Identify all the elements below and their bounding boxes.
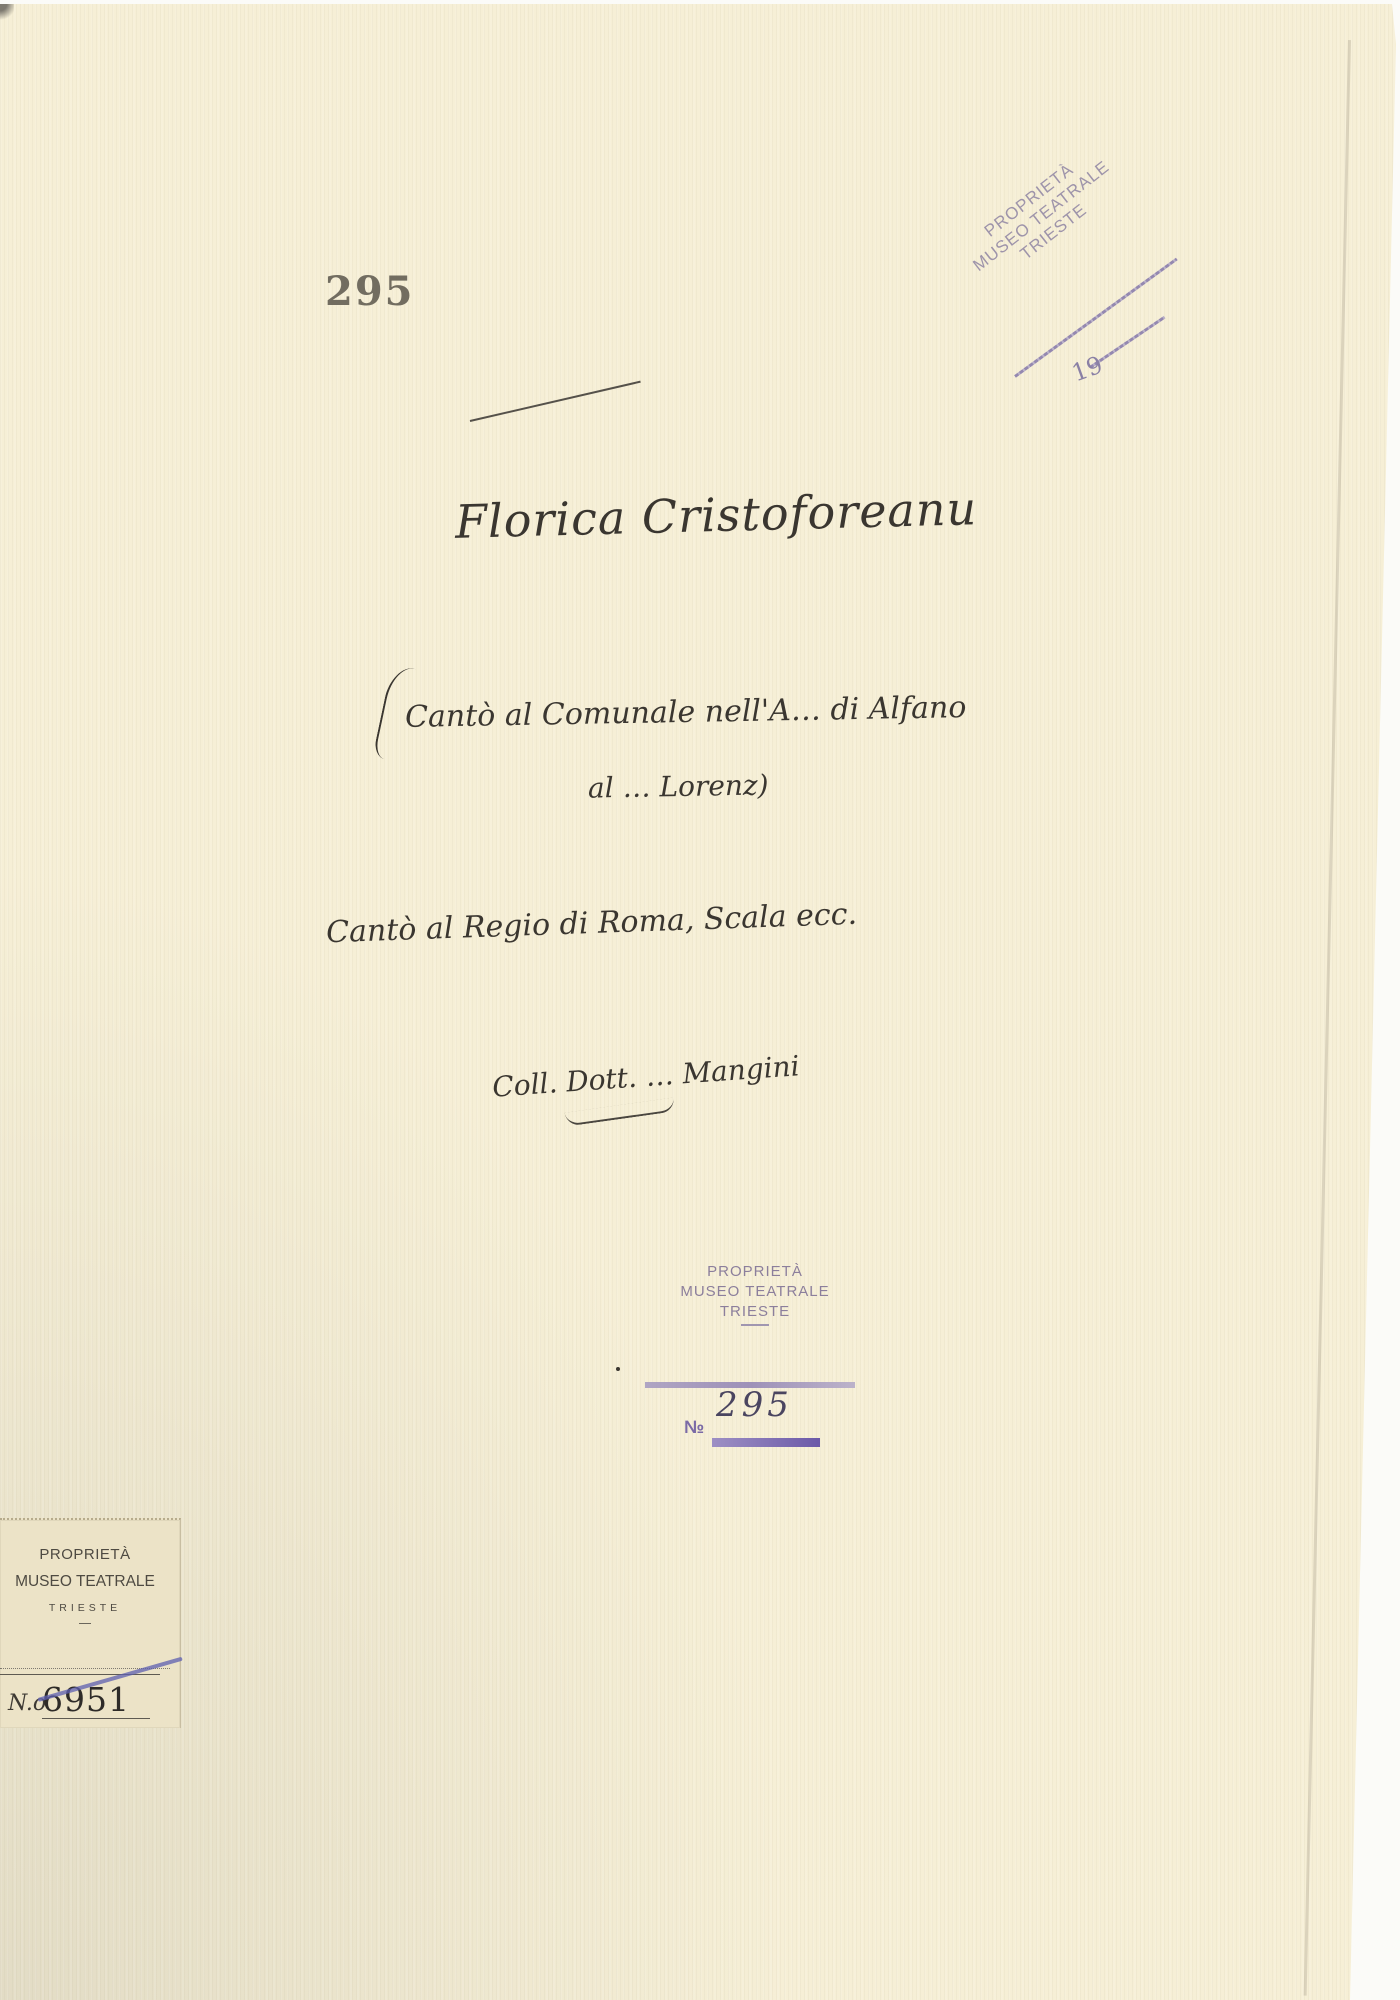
stamp-number-prefix: № [684,1417,704,1438]
label-line-trieste: TRIESTE [0,1602,170,1614]
label-line-proprieta: PROPRIETÀ [0,1546,170,1563]
property-label: PROPRIETÀ MUSEO TEATRALE TRIESTE N.o 695… [0,1518,181,1728]
printed-catalogue-number: 295 [325,268,415,315]
stamp-number-center: 295 [716,1385,793,1425]
document-sheet [0,4,1400,2000]
note-line-2: al … Lorenz) [588,768,769,804]
label-number-underline [42,1718,150,1719]
corner-smudge [0,4,14,22]
label-line-museo: MUSEO TEATRALE [0,1573,170,1591]
stamp-line-proprieta: PROPRIETÀ [650,1262,860,1282]
label-number-prefix: N.o [8,1691,46,1716]
stamp-line-trieste: TRIESTE [650,1302,860,1322]
label-dash [79,1623,91,1624]
label-rule [0,1674,160,1675]
museum-stamp-center: PROPRIETÀ MUSEO TEATRALE TRIESTE [650,1262,860,1326]
ink-dot [616,1367,620,1371]
stamp-line-museo: MUSEO TEATRALE [650,1282,860,1302]
stamp-bar-bottom [712,1438,820,1447]
stamp-dash [741,1324,769,1326]
